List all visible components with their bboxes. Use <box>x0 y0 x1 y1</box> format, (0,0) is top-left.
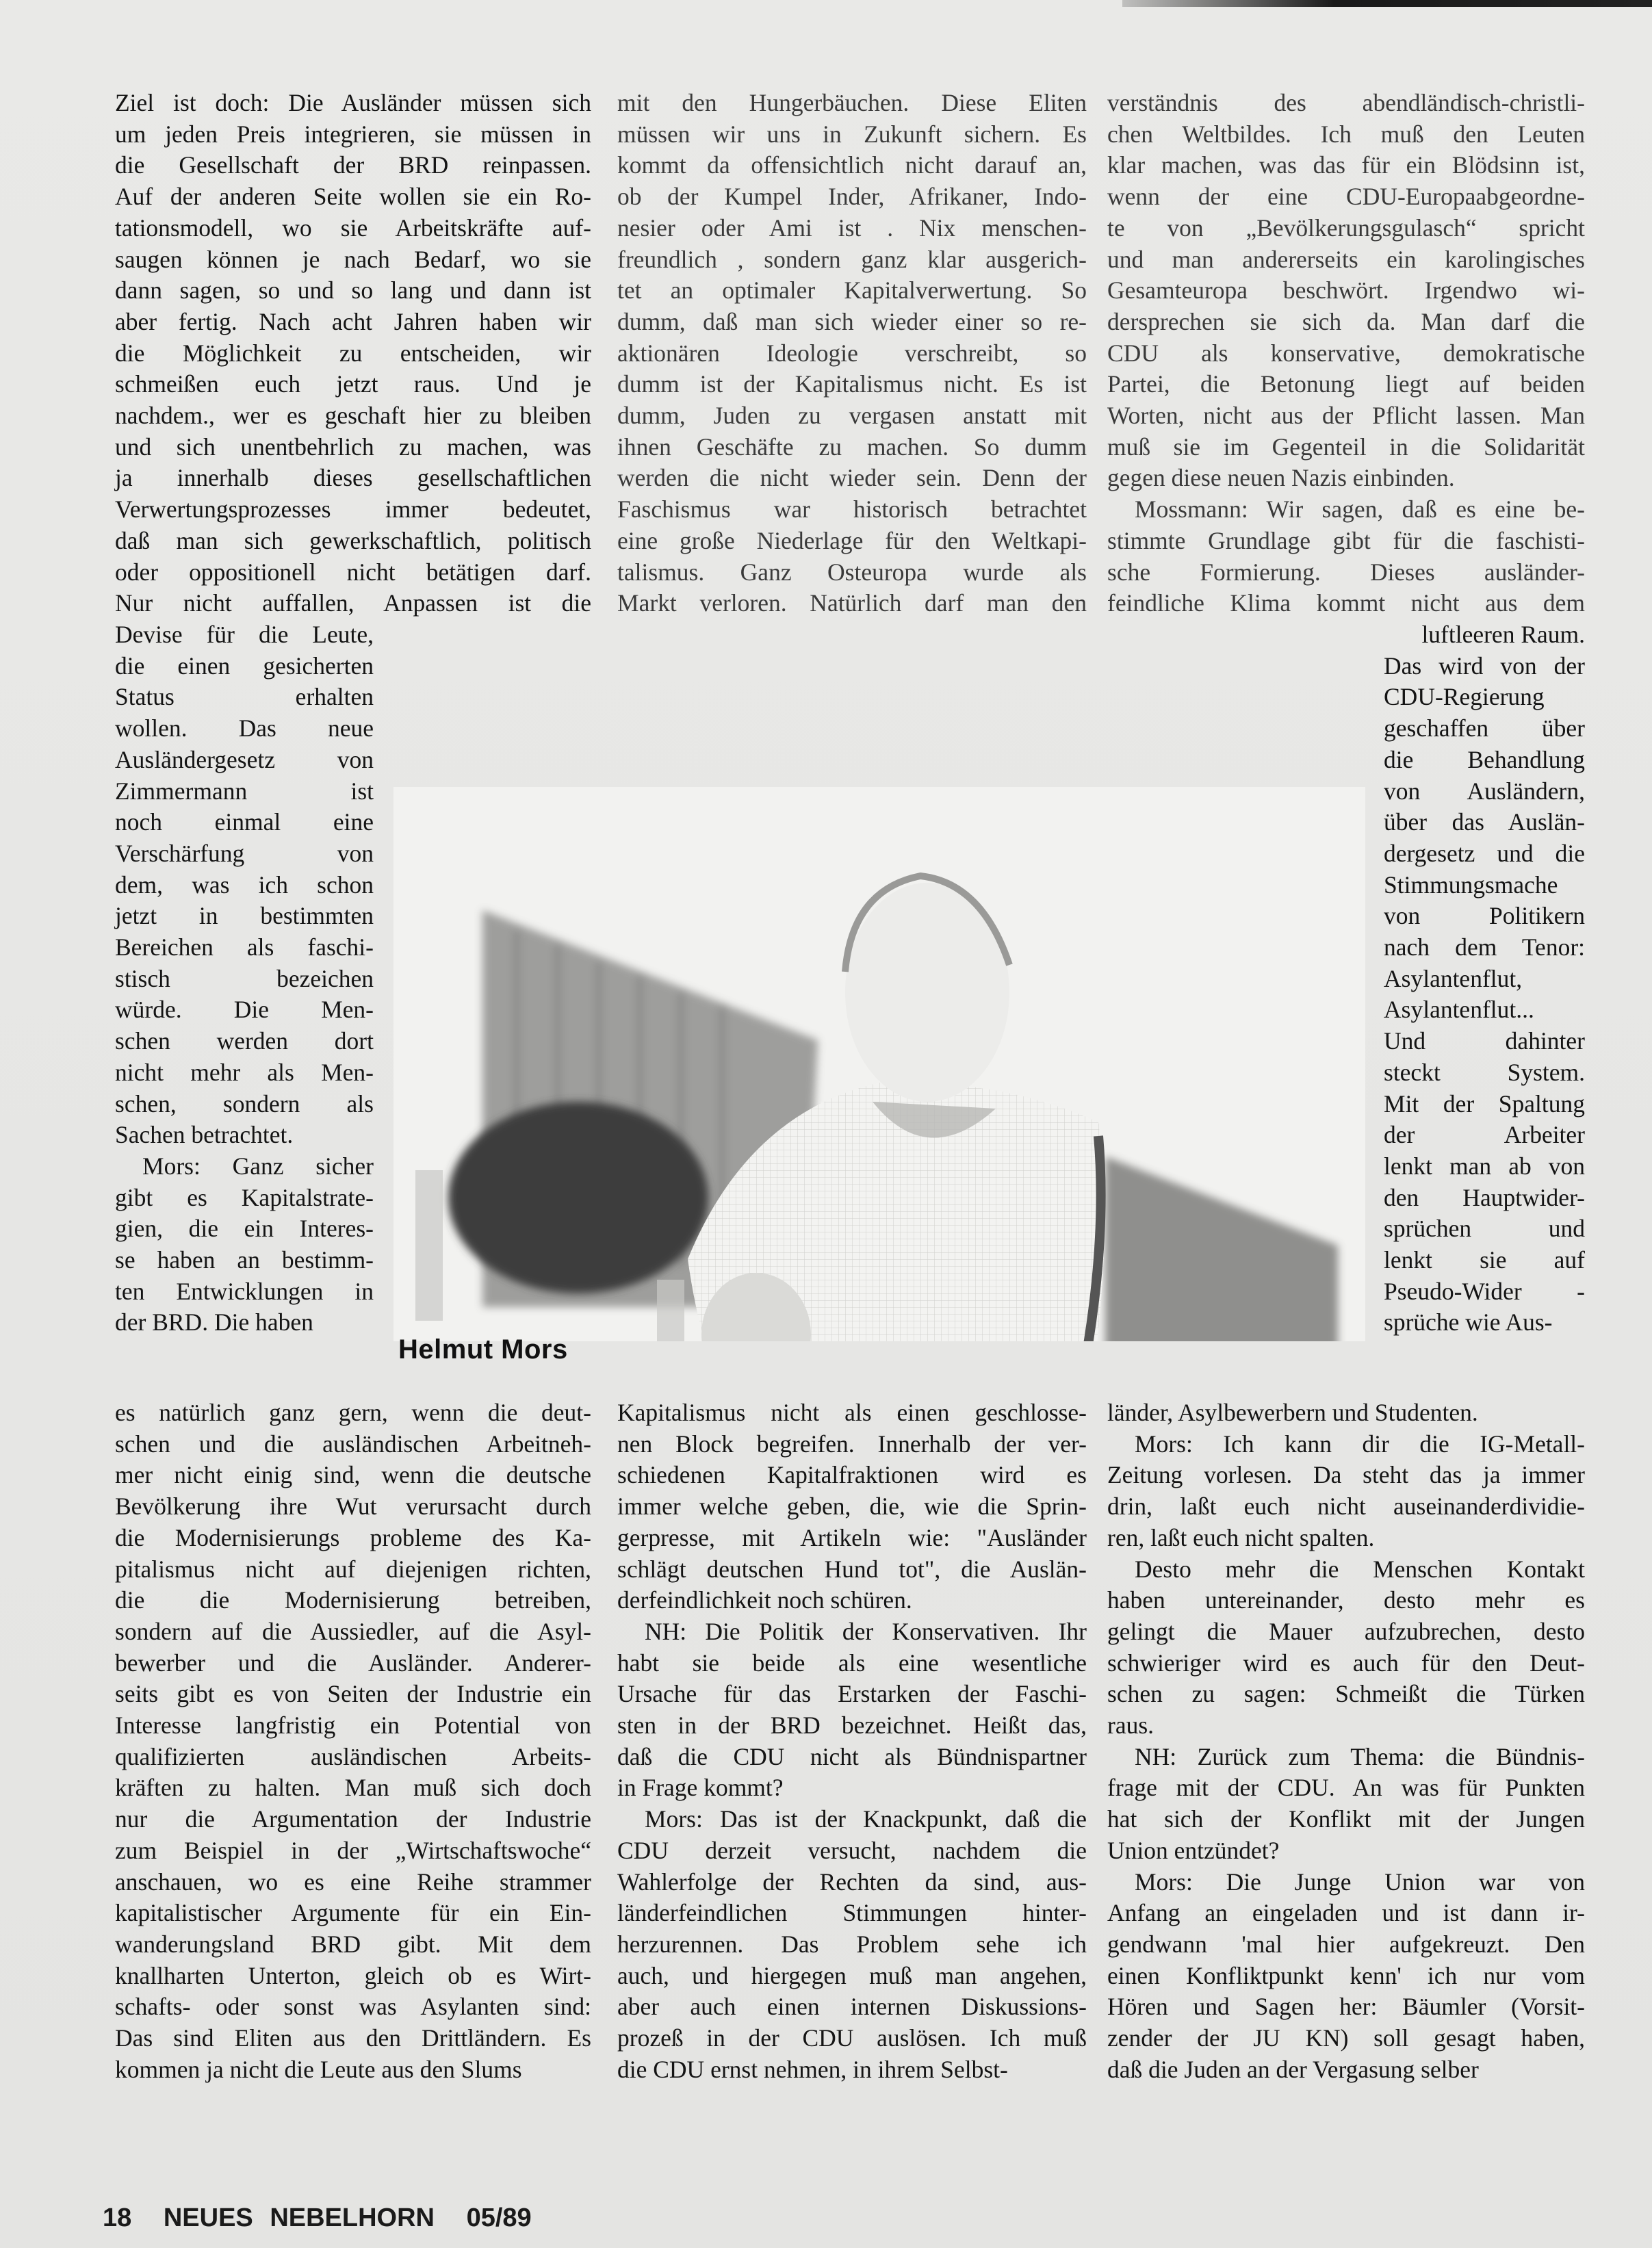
text-line: schmeißen euch jetzt raus. Und je <box>115 369 591 400</box>
text-line: Pseudo-Wider - <box>1384 1276 1585 1308</box>
text-line: Asylantenflut, <box>1384 964 1585 995</box>
text-line: Bereichen als faschi- <box>115 932 374 964</box>
text-line: dann sagen, so und so lang und dann ist <box>115 275 591 307</box>
text-line: Zeitung vorlesen. Da steht das ja immer <box>1107 1460 1585 1491</box>
page-number: 18 <box>103 2204 131 2232</box>
page-footer: 18 NEUES NEBELHORN 05/89 <box>103 2204 547 2233</box>
text-line: Auf der anderen Seite wollen sie ein Ro- <box>115 181 591 213</box>
text-line: die Möglichkeit zu entscheiden, wir <box>115 338 591 370</box>
text-line: einen Konfliktpunkt kenn' ich nur vom <box>1107 1961 1585 1992</box>
text-line: Status erhalten <box>115 682 374 713</box>
text-line: dem, was ich schon <box>115 870 374 901</box>
text-line: steckt System. <box>1384 1057 1585 1089</box>
text-line: Ursache für das Erstarken der Faschi- <box>617 1679 1087 1710</box>
text-line: schen, sondern als <box>115 1089 374 1120</box>
text-line: Sachen betrachtet. <box>115 1120 374 1151</box>
text-line: Das wird von der <box>1384 651 1585 682</box>
text-line: knallharten Unterton, gleich ob es Wirt- <box>115 1961 591 1992</box>
text-line: nachdem., wer es geschaft hier zu bleibe… <box>115 400 591 432</box>
text-line: aber fertig. Nach acht Jahren haben wir <box>115 307 591 338</box>
text-line: Mit der Spaltung <box>1384 1089 1585 1120</box>
text-line: würde. Die Men- <box>115 994 374 1026</box>
text-line: CDU-Regierung <box>1384 682 1585 713</box>
text-line: Gesamteuropa beschwört. Irgendwo wi- <box>1107 275 1585 307</box>
photo-helmut-mors-icon <box>393 787 1365 1341</box>
text-line: schlägt deutschen Hund tot", die Auslän- <box>617 1554 1087 1586</box>
text-line: daß man sich gewerkschaftlich, politisch <box>115 526 591 557</box>
text-line: kräften zu halten. Man muß sich doch <box>115 1772 591 1804</box>
text-line: Mors: Die Junge Union war von <box>1107 1867 1585 1898</box>
text-line: derfeindlichkeit noch schüren. <box>617 1585 1087 1616</box>
text-line: eine große Niederlage für den Weltkapi- <box>617 526 1087 557</box>
text-line: gibt es Kapitalstrate- <box>115 1183 374 1214</box>
text-line: Mossmann: Wir sagen, daß es eine be- <box>1107 494 1585 526</box>
text-line: lenkt man ab von <box>1384 1151 1585 1183</box>
text-line: zender der JU KN) soll gesagt haben, <box>1107 2023 1585 2054</box>
text-line: die Modernisierungs probleme des Ka- <box>115 1523 591 1554</box>
text-line: aber auch einen internen Diskussions- <box>617 1991 1087 2023</box>
text-line: gelingt die Mauer aufzubrechen, desto <box>1107 1616 1585 1648</box>
text-line: daß die Juden an der Vergasung selber <box>1107 2054 1585 2086</box>
text-line: Kapitalismus nicht als einen geschlosse- <box>617 1397 1087 1429</box>
text-line: Devise für die Leute, <box>115 619 374 651</box>
text-line: Ausländergesetz von <box>115 745 374 776</box>
magazine-page: Helmut Mors Ziel ist doch: Die Ausländer… <box>0 0 1652 2248</box>
text-line: CDU als konservative, demokratische <box>1107 338 1585 370</box>
interview-photo <box>393 787 1365 1341</box>
text-line: nur die Argumentation der Industrie <box>115 1804 591 1835</box>
text-line: kommen ja nicht die Leute aus den Slums <box>115 2054 591 2086</box>
text-line: mer nicht einig sind, wenn die deutsche <box>115 1460 591 1491</box>
text-line: ihnen Geschäfte zu machen. So dumm <box>617 432 1087 463</box>
text-line: länderfeindlichen Stimmungen hinter- <box>617 1898 1087 1929</box>
text-line: Union entzündet? <box>1107 1835 1585 1867</box>
text-line: Verschärfung von <box>115 838 374 870</box>
text-line: lenkt sie auf <box>1384 1245 1585 1276</box>
text-line: seits gibt es von Seiten der Industrie e… <box>115 1679 591 1710</box>
text-line: pitalismus nicht auf diejenigen richten, <box>115 1554 591 1586</box>
column-left-bottom: es natürlich ganz gern, wenn die deut-sc… <box>115 1397 591 2085</box>
text-line: Anfang an eingeladen und ist dann ir- <box>1107 1898 1585 1929</box>
text-line: und man andererseits ein karolingisches <box>1107 244 1585 276</box>
issue-number: 05/89 <box>467 2204 532 2232</box>
text-line: haben untereinander, desto mehr es <box>1107 1585 1585 1616</box>
text-line: gendwann 'mal hier aufgekreuzt. Den <box>1107 1929 1585 1961</box>
text-line: immer welche geben, die, wie die Sprin- <box>617 1491 1087 1523</box>
text-line: wanderungsland BRD gibt. Mit dem <box>115 1929 591 1961</box>
column-right-narrow: luftleeren Raum.Das wird von derCDU-Regi… <box>1384 619 1585 1339</box>
text-line: zum Beispiel in der „Wirtschaftswoche“ <box>115 1835 591 1867</box>
text-line: mit den Hungerbäuchen. Diese Eliten <box>617 88 1087 119</box>
text-line: daß die CDU nicht als Bündnispartner <box>617 1742 1087 1773</box>
column-left-top: Ziel ist doch: Die Ausländer müssen sich… <box>115 88 591 619</box>
text-line: Mors: Ich kann dir die IG-Metall- <box>1107 1429 1585 1460</box>
text-line: Zimmermann ist <box>115 776 374 808</box>
text-line: sondern auf die Aussiedler, auf die Asyl… <box>115 1616 591 1648</box>
text-line: NH: Die Politik der Konservativen. Ihr <box>617 1616 1087 1648</box>
text-line: müssen wir uns in Zukunft sichern. Es <box>617 119 1087 151</box>
text-line: herzurennen. Das Problem sehe ich <box>617 1929 1087 1961</box>
column-middle-bottom: Kapitalismus nicht als einen geschlosse-… <box>617 1397 1087 2085</box>
photo-caption: Helmut Mors <box>398 1334 568 1365</box>
text-line: die Behandlung <box>1384 745 1585 776</box>
scan-edge-bar <box>1122 0 1652 7</box>
text-line: feindliche Klima kommt nicht aus dem <box>1107 588 1585 619</box>
text-line: Mors: Das ist der Knackpunkt, daß die <box>617 1804 1087 1835</box>
text-line: bewerber und die Ausländer. Anderer- <box>115 1648 591 1679</box>
text-line: Hören und Sagen her: Bäumler (Vorsit- <box>1107 1991 1585 2023</box>
text-line: verständnis des abendländisch-christli- <box>1107 88 1585 119</box>
text-line: Ziel ist doch: Die Ausländer müssen sich <box>115 88 591 119</box>
text-line: werden die nicht wieder sein. Denn der <box>617 463 1087 494</box>
text-line: Wahlerfolge der Rechten da sind, aus- <box>617 1867 1087 1898</box>
text-line: die Gesellschaft der BRD reinpassen. <box>115 150 591 181</box>
text-line: drin, laßt euch nicht auseinanderdividie… <box>1107 1491 1585 1523</box>
text-line: von Politikern <box>1384 901 1585 932</box>
text-line: schen und die ausländischen Arbeitneh- <box>115 1429 591 1460</box>
text-line: ja innerhalb dieses gesellschaftlichen <box>115 463 591 494</box>
text-line: von Ausländern, <box>1384 776 1585 808</box>
text-line: gien, die ein Interes- <box>115 1213 374 1245</box>
text-line: anschauen, wo es eine Reihe strammer <box>115 1867 591 1898</box>
text-line: se haben an bestimm- <box>115 1245 374 1276</box>
text-line: habt sie beide als eine wesentliche <box>617 1648 1087 1679</box>
text-line: Worten, nicht aus der Pflicht lassen. Ma… <box>1107 400 1585 432</box>
text-line: kapitalistischer Argumente für ein Ein- <box>115 1898 591 1929</box>
text-line: prozeß in der CDU auslösen. Ich muß <box>617 2023 1087 2054</box>
text-line: Stimmungsmache <box>1384 870 1585 901</box>
magazine-title: NEUES NEBELHORN <box>164 2204 435 2232</box>
text-line: saugen können je nach Bedarf, wo sie <box>115 244 591 276</box>
text-line: freundlich , sondern ganz klar ausgerich… <box>617 244 1087 276</box>
column-left-narrow: Devise für die Leute,die einen gesichert… <box>115 619 374 1339</box>
text-line: chen Weltbildes. Ich muß den Leuten <box>1107 119 1585 151</box>
text-line: tet an optimaler Kapitalverwertung. So <box>617 275 1087 307</box>
text-line: ob der Kumpel Inder, Afrikaner, Indo- <box>617 181 1087 213</box>
text-line: Mors: Ganz sicher <box>115 1151 374 1183</box>
text-line: die die Modernisierung betreiben, <box>115 1585 591 1616</box>
text-line: es natürlich ganz gern, wenn die deut- <box>115 1397 591 1429</box>
text-line: Und dahinter <box>1384 1026 1585 1057</box>
text-line: stimmte Grundlage gibt für die faschisti… <box>1107 526 1585 557</box>
text-line: und sich unentbehrlich zu machen, was <box>115 432 591 463</box>
text-line: schiedenen Kapitalfraktionen wird es <box>617 1460 1087 1491</box>
text-line: noch einmal eine <box>115 807 374 838</box>
text-line: kommt da offensichtlich nicht darauf an, <box>617 150 1087 181</box>
text-line: Asylantenflut... <box>1384 994 1585 1026</box>
text-line: den Hauptwider- <box>1384 1183 1585 1214</box>
text-line: te von „Bevölkerungsgulasch“ spricht <box>1107 213 1585 244</box>
text-line: aktionären Ideologie verschreibt, so <box>617 338 1087 370</box>
text-line: ten Entwicklungen in <box>115 1276 374 1308</box>
text-line: tationsmodell, wo sie Arbeitskräfte auf- <box>115 213 591 244</box>
text-line: der BRD. Die haben <box>115 1307 374 1339</box>
column-middle-top: mit den Hungerbäuchen. Diese Elitenmüsse… <box>617 88 1087 619</box>
text-line: die einen gesicherten <box>115 651 374 682</box>
column-right-top: verständnis des abendländisch-christli-c… <box>1107 88 1585 619</box>
text-line: wollen. Das neue <box>115 713 374 745</box>
text-line: hat sich der Konflikt mit der Jungen <box>1107 1804 1585 1835</box>
text-line: oder oppositionell nicht betätigen darf. <box>115 557 591 589</box>
text-line: in Frage kommt? <box>617 1772 1087 1804</box>
text-line: schwieriger wird es auch für den Deut- <box>1107 1648 1585 1679</box>
text-line: Interesse langfristig ein Potential von <box>115 1710 591 1742</box>
text-line: Bevölkerung ihre Wut verursacht durch <box>115 1491 591 1523</box>
text-line: NH: Zurück zum Thema: die Bündnis- <box>1107 1742 1585 1773</box>
text-line: schafts- oder sonst was Asylanten sind: <box>115 1991 591 2023</box>
text-line: muß sie im Gegenteil in die Solidarität <box>1107 432 1585 463</box>
text-line: dergesetz und die <box>1384 838 1585 870</box>
text-line: dumm, Juden zu vergasen anstatt mit <box>617 400 1087 432</box>
text-line: länder, Asylbewerbern und Studenten. <box>1107 1397 1585 1429</box>
text-line: nach dem Tenor: <box>1384 932 1585 964</box>
text-line: luftleeren Raum. <box>1384 619 1585 651</box>
text-line: schen zu sagen: Schmeißt die Türken <box>1107 1679 1585 1710</box>
text-line: auch, und hiergegen muß man angehen, <box>617 1961 1087 1992</box>
text-line: jetzt in bestimmten <box>115 901 374 932</box>
text-line: dersprechen sie sich da. Man darf die <box>1107 307 1585 338</box>
text-line: raus. <box>1107 1710 1585 1742</box>
text-line: Markt verloren. Natürlich darf man den <box>617 588 1087 619</box>
text-line: dumm ist der Kapitalismus nicht. Es ist <box>617 369 1087 400</box>
text-line: Verwertungsprozesses immer bedeutet, <box>115 494 591 526</box>
text-line: geschaffen über <box>1384 713 1585 745</box>
text-line: Das sind Eliten aus den Drittländern. Es <box>115 2023 591 2054</box>
text-line: nicht mehr als Men- <box>115 1057 374 1089</box>
text-line: die CDU ernst nehmen, in ihrem Selbst- <box>617 2054 1087 2086</box>
text-line: frage mit der CDU. An was für Punkten <box>1107 1772 1585 1804</box>
text-line: über das Auslän- <box>1384 807 1585 838</box>
text-line: stisch bezeichen <box>115 964 374 995</box>
text-line: um jeden Preis integrieren, sie müssen i… <box>115 119 591 151</box>
text-line: talismus. Ganz Osteuropa wurde als <box>617 557 1087 589</box>
text-line: sprüche wie Aus- <box>1384 1307 1585 1339</box>
text-line: dumm, daß man sich wieder einer so re- <box>617 307 1087 338</box>
text-line: wenn der eine CDU-Europaabgeordne- <box>1107 181 1585 213</box>
text-line: klar machen, was das für ein Blödsinn is… <box>1107 150 1585 181</box>
column-right-bottom: länder, Asylbewerbern und Studenten.Mors… <box>1107 1397 1585 2085</box>
text-line: Nur nicht auffallen, Anpassen ist die <box>115 588 591 619</box>
text-line: schen werden dort <box>115 1026 374 1057</box>
text-line: sche Formierung. Dieses ausländer- <box>1107 557 1585 589</box>
text-line: qualifizierten ausländischen Arbeits- <box>115 1742 591 1773</box>
text-line: sten in der BRD bezeichnet. Heißt das, <box>617 1710 1087 1742</box>
text-line: Faschismus war historisch betrachtet <box>617 494 1087 526</box>
text-line: der Arbeiter <box>1384 1120 1585 1151</box>
text-line: ren, laßt euch nicht spalten. <box>1107 1523 1585 1554</box>
text-line: nen Block begreifen. Innerhalb der ver- <box>617 1429 1087 1460</box>
text-line: Partei, die Betonung liegt auf beiden <box>1107 369 1585 400</box>
text-line: nesier oder Ami ist . Nix menschen- <box>617 213 1087 244</box>
text-line: gerpresse, mit Artikeln wie: "Ausländer <box>617 1523 1087 1554</box>
text-line: Desto mehr die Menschen Kontakt <box>1107 1554 1585 1586</box>
text-line: sprüchen und <box>1384 1213 1585 1245</box>
text-line: CDU derzeit versucht, nachdem die <box>617 1835 1087 1867</box>
text-line: gegen diese neuen Nazis einbinden. <box>1107 463 1585 494</box>
